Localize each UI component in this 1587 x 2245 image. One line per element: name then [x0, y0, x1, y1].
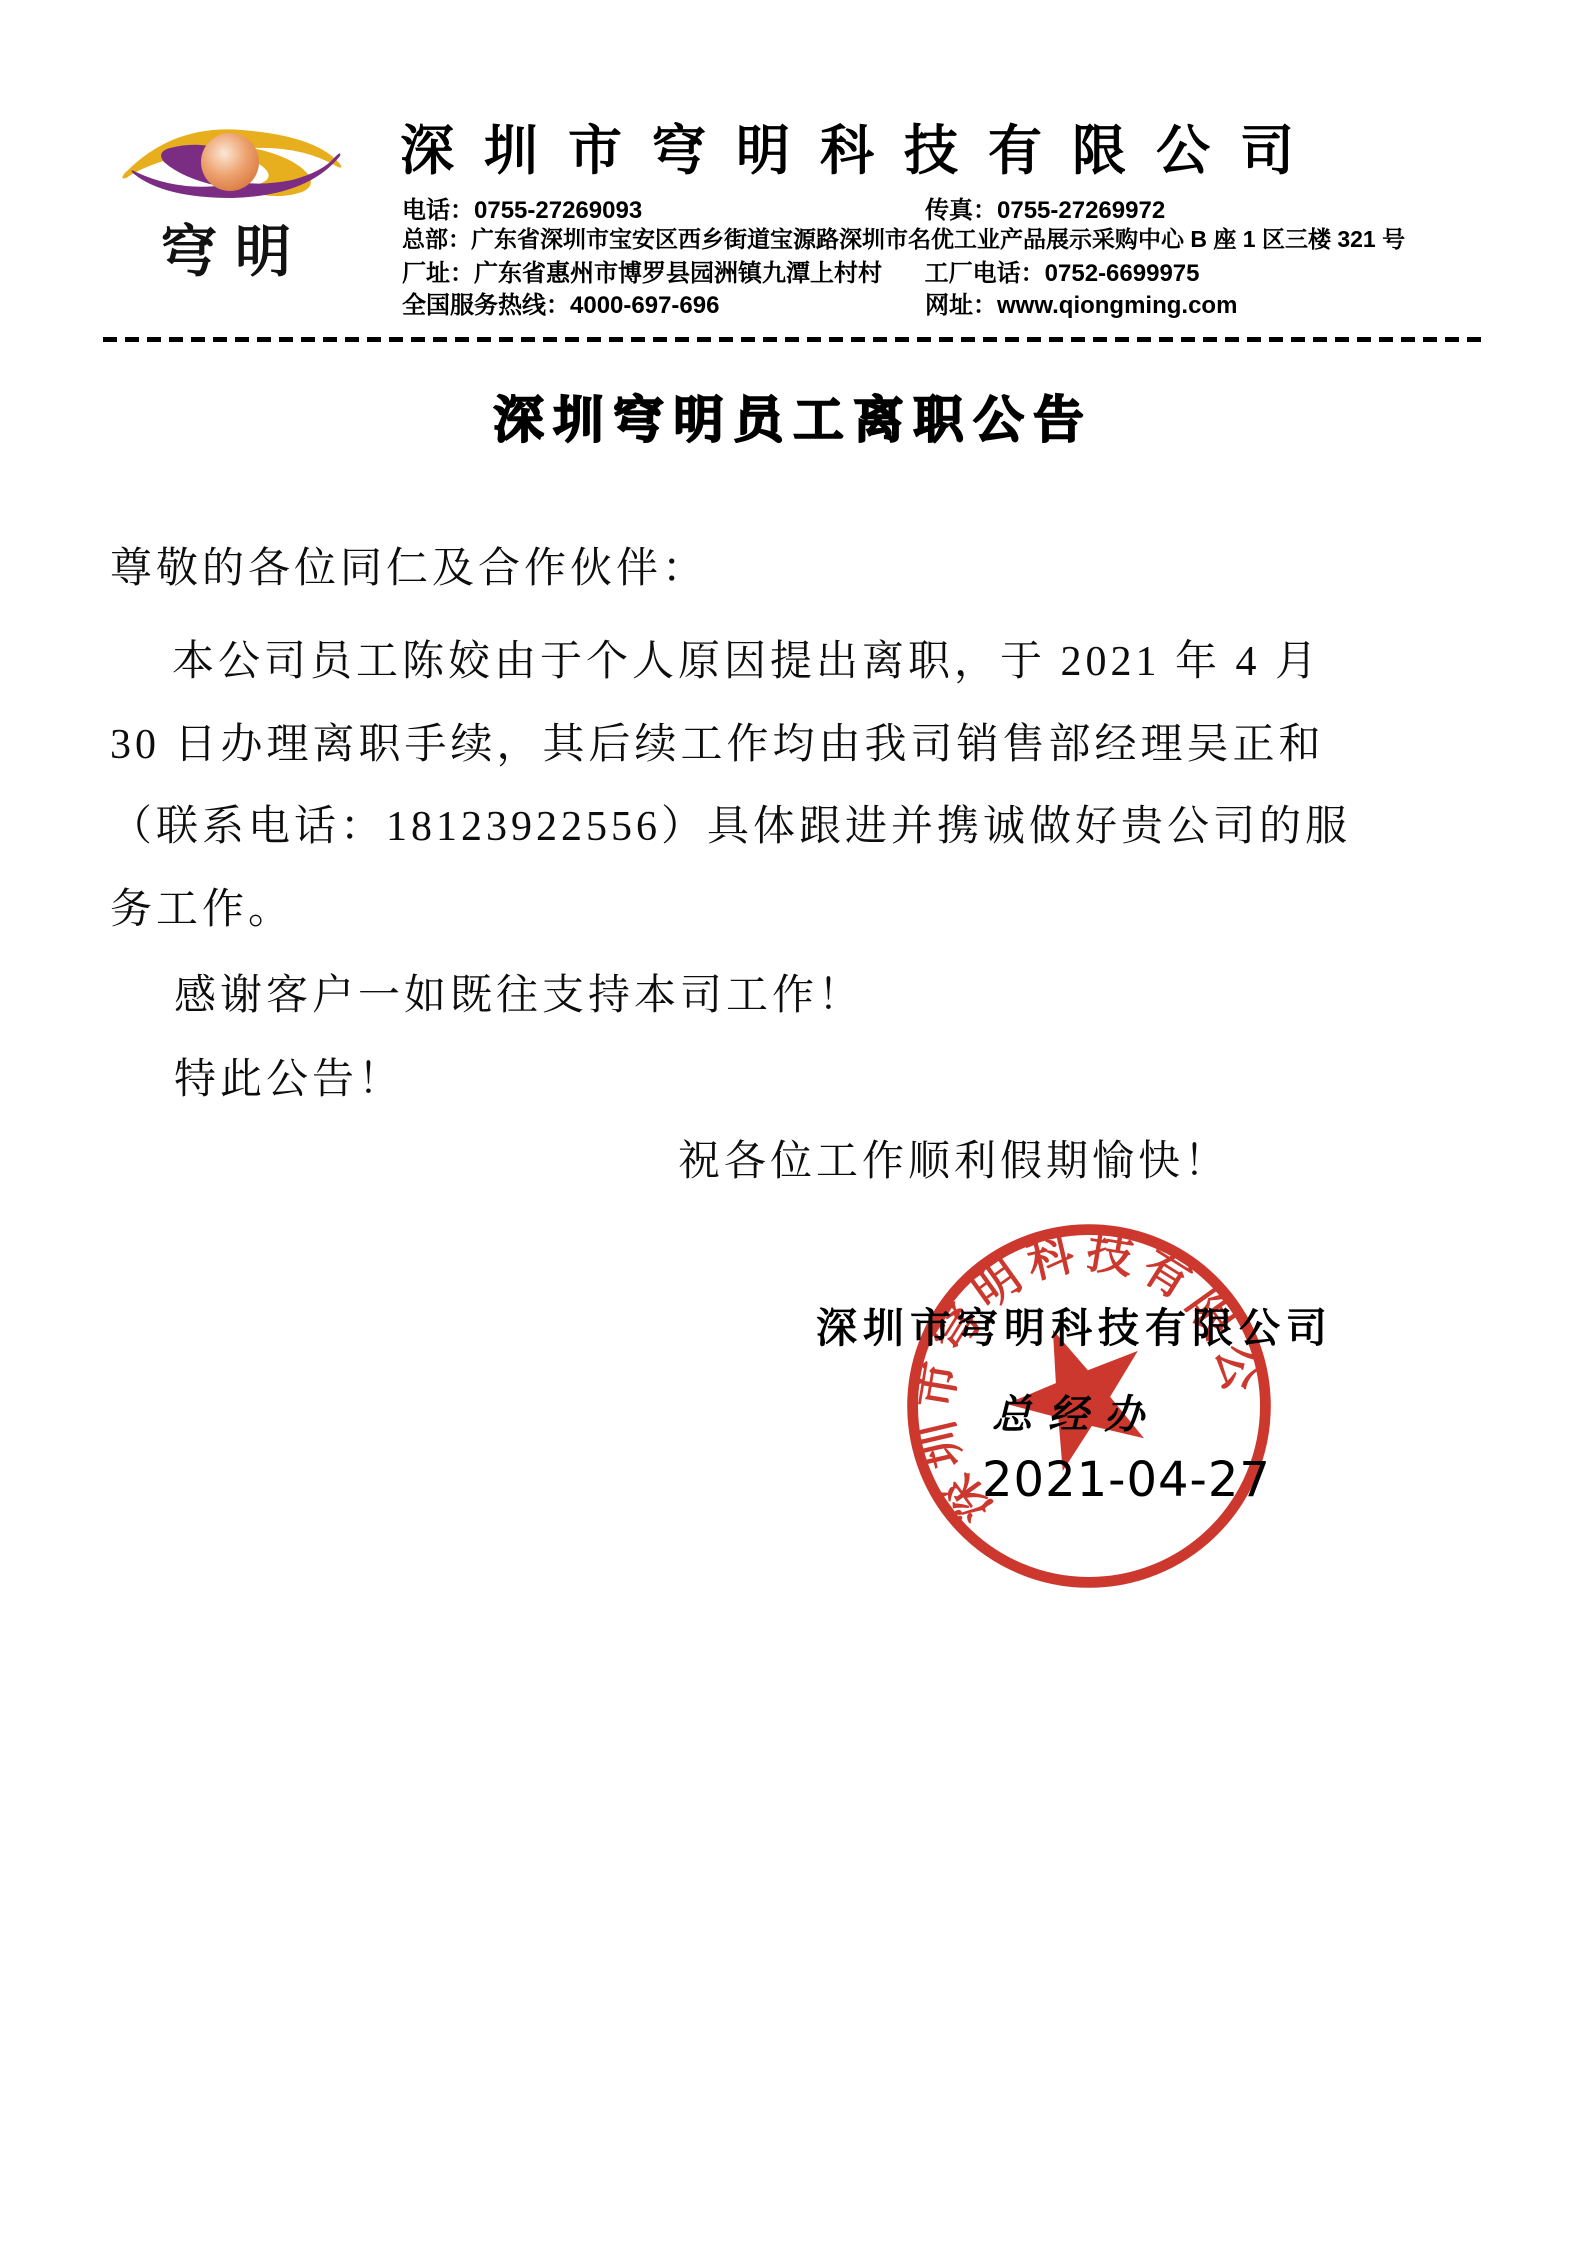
hotline-value: 4000-697-696 [570, 292, 719, 319]
wish-line: 祝各位工作顺利假期愉快！ [110, 1128, 1587, 1188]
thanks-line: 感谢客户一如既往支持本司工作！ [110, 962, 1554, 1022]
fax-label: 传真： [925, 197, 997, 224]
hq-address: 广东省深圳市宝安区西乡街道宝源路深圳市名优工业产品展示采购中心 B 座 1 区三… [471, 226, 1405, 252]
dashed-divider [103, 337, 1485, 342]
contact-row-factory: 厂址：广东省惠州市博罗县园洲镇九潭上村村 工厂电话：0752-6699975 [402, 253, 1502, 288]
hotline-label: 全国服务热线： [402, 292, 570, 319]
signature-department: 总经办 [992, 1383, 1160, 1440]
logo-sphere [201, 133, 259, 191]
logo-brand-text: 穹明 [150, 208, 320, 288]
paragraph-line: 本公司员工陈姣由于个人原因提出离职，于 2021 年 4 月 [110, 628, 1552, 688]
document-page: 穹明 深圳市穹明科技有限公司 电话：0755-27269093 传真：0755-… [0, 0, 1587, 2245]
paragraph-line: 务工作。 [110, 876, 1490, 936]
factory-label: 厂址： [402, 260, 474, 287]
paragraph-line: 30 日办理离职手续，其后续工作均由我司销售部经理吴正和 [110, 711, 1490, 771]
website-label: 网址： [925, 292, 997, 319]
factory-phone-label: 工厂电话： [925, 260, 1045, 287]
contact-row-hq: 总部：广东省深圳市宝安区西乡街道宝源路深圳市名优工业产品展示采购中心 B 座 1… [402, 221, 1502, 254]
signature-date: 2021-04-27 [982, 1452, 1271, 1508]
contact-row-phone-fax: 电话：0755-27269093 传真：0755-27269972 [402, 190, 1482, 225]
company-name: 深圳市穹明科技有限公司 [400, 108, 1400, 185]
fax-value: 0755-27269972 [997, 197, 1165, 224]
page-title: 深圳穹明员工离职公告 [0, 380, 1587, 452]
notice-line: 特此公告！ [110, 1046, 1554, 1106]
paragraph-line: （联系电话：18123922556）具体跟进并携诚做好贵公司的服 [110, 793, 1490, 853]
signature-company: 深圳市穹明科技有限公司 [816, 1295, 1333, 1354]
phone-value: 0755-27269093 [474, 197, 642, 224]
factory-address: 广东省惠州市博罗县园洲镇九潭上村村 [474, 260, 882, 287]
factory-phone-value: 0752-6699975 [1045, 260, 1200, 287]
contact-row-hotline-web: 全国服务热线：4000-697-696 网址：www.qiongming.com [402, 285, 1482, 320]
phone-label: 电话： [402, 197, 474, 224]
website-value: www.qiongming.com [997, 292, 1237, 319]
salutation: 尊敬的各位同仁及合作伙伴： [110, 535, 1490, 595]
hq-label: 总部： [402, 226, 471, 252]
